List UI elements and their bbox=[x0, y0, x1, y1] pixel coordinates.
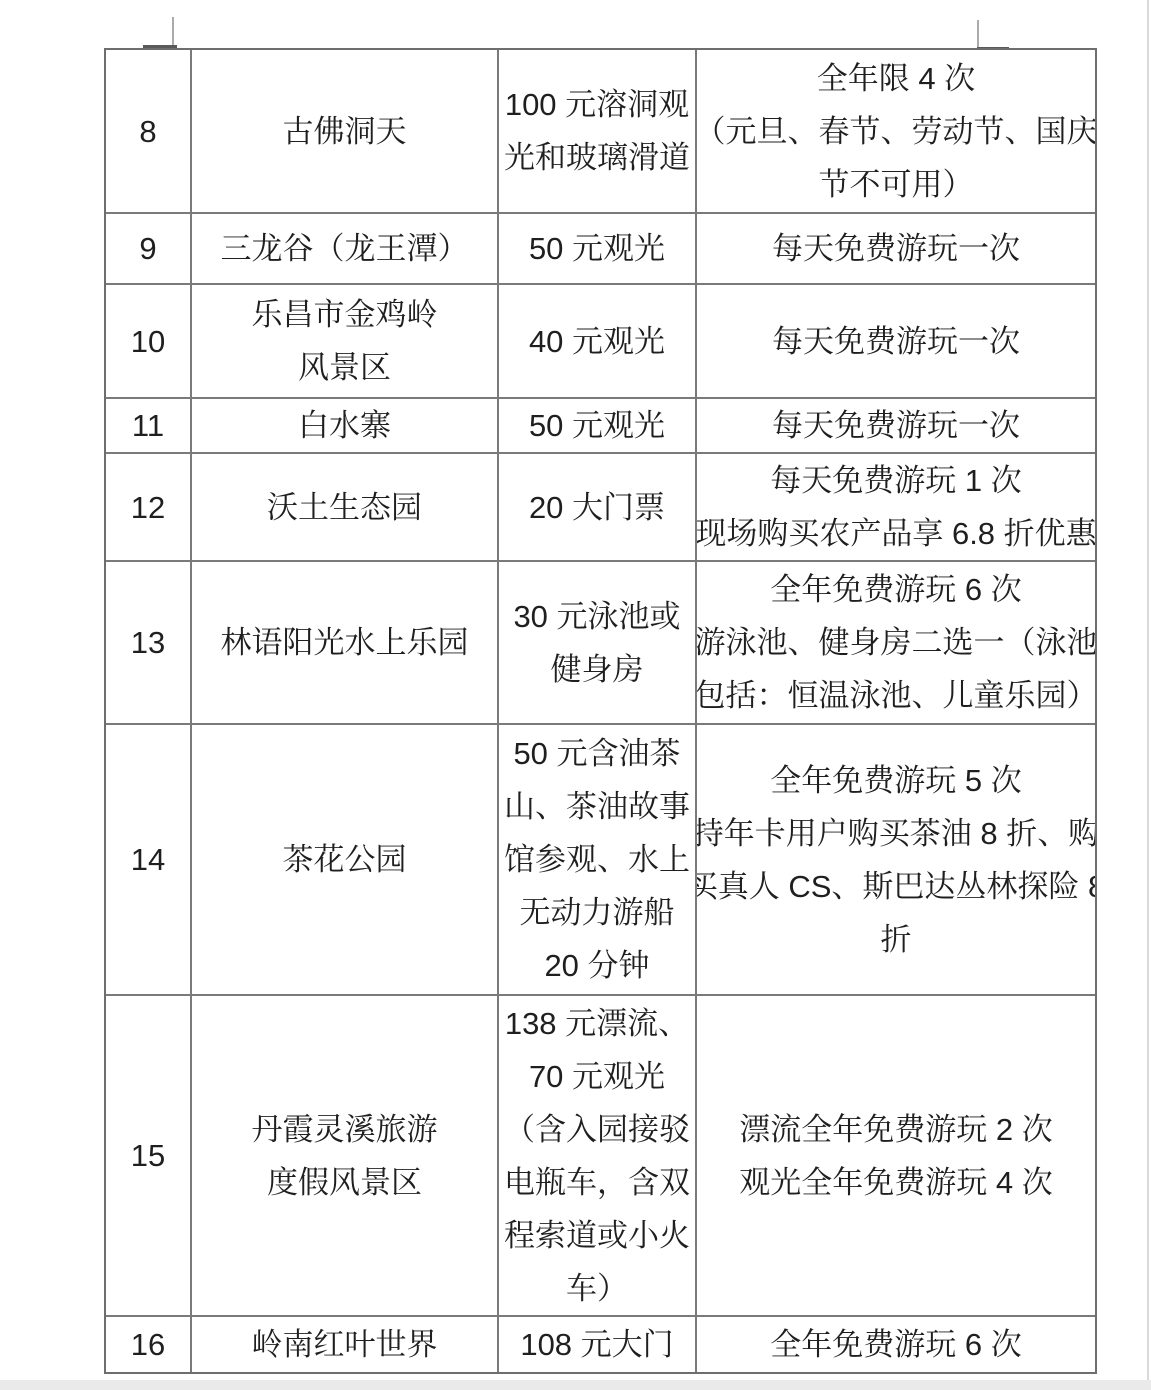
table-row: 12 沃土生态园 20 大门票 每天免费游玩 1 次 现场购买农产品享 6.8 … bbox=[106, 454, 1095, 562]
benefit-cell: 漂流全年免费游玩 2 次 观光全年免费游玩 4 次 bbox=[697, 996, 1095, 1315]
ticket-price-cell: 50 元观光 bbox=[499, 214, 697, 283]
row-number-cell: 14 bbox=[106, 725, 192, 994]
row-number-cell: 15 bbox=[106, 996, 192, 1315]
benefit-cell: 每天免费游玩 1 次 现场购买农产品享 6.8 折优惠 bbox=[697, 454, 1095, 560]
benefit-cell: 全年免费游玩 5 次 持年卡用户购买茶油 8 折、购 买真人 CS、斯巴达丛林探… bbox=[697, 725, 1095, 994]
attraction-name-cell: 古佛洞天 bbox=[192, 50, 499, 212]
row-number-cell: 16 bbox=[106, 1317, 192, 1372]
attraction-name-cell: 白水寨 bbox=[192, 399, 499, 452]
row-number-cell: 8 bbox=[106, 50, 192, 212]
table-row: 14 茶花公园 50 元含油茶 山、茶油故事 馆参观、水上 无动力游船 20 分… bbox=[106, 725, 1095, 996]
row-number-cell: 11 bbox=[106, 399, 192, 452]
row-number-cell: 13 bbox=[106, 562, 192, 723]
attraction-name-cell: 丹霞灵溪旅游 度假风景区 bbox=[192, 996, 499, 1315]
ticket-price-cell: 40 元观光 bbox=[499, 285, 697, 397]
table-row: 8 古佛洞天 100 元溶洞观 光和玻璃滑道 全年限 4 次 （元旦、春节、劳动… bbox=[106, 50, 1095, 214]
benefit-cell: 全年免费游玩 6 次 bbox=[697, 1317, 1095, 1372]
ticket-price-cell: 138 元漂流、 70 元观光 （含入园接驳 电瓶车，含双 程索道或小火 车） bbox=[499, 996, 697, 1315]
attraction-name-cell: 林语阳光水上乐园 bbox=[192, 562, 499, 723]
ticket-price-cell: 100 元溶洞观 光和玻璃滑道 bbox=[499, 50, 697, 212]
benefit-cell: 每天免费游玩一次 bbox=[697, 214, 1095, 283]
attraction-name-cell: 沃土生态园 bbox=[192, 454, 499, 560]
ticket-price-cell: 50 元观光 bbox=[499, 399, 697, 452]
attraction-name-cell: 茶花公园 bbox=[192, 725, 499, 994]
row-number-cell: 12 bbox=[106, 454, 192, 560]
attraction-name-cell: 乐昌市金鸡岭 风景区 bbox=[192, 285, 499, 397]
cropped-row-border-fragment-right-vertical bbox=[977, 20, 979, 48]
table-row: 15 丹霞灵溪旅游 度假风景区 138 元漂流、 70 元观光 （含入园接驳 电… bbox=[106, 996, 1095, 1317]
benefit-cell: 全年限 4 次 （元旦、春节、劳动节、国庆 节不可用） bbox=[697, 50, 1095, 212]
table-row: 9 三龙谷（龙王潭） 50 元观光 每天免费游玩一次 bbox=[106, 214, 1095, 285]
benefits-table: 8 古佛洞天 100 元溶洞观 光和玻璃滑道 全年限 4 次 （元旦、春节、劳动… bbox=[104, 48, 1097, 1374]
ticket-price-cell: 108 元大门 bbox=[499, 1317, 697, 1372]
screenshot-page: 8 古佛洞天 100 元溶洞观 光和玻璃滑道 全年限 4 次 （元旦、春节、劳动… bbox=[0, 0, 1151, 1390]
benefit-cell: 全年免费游玩 6 次 游泳池、健身房二选一（泳池 包括：恒温泳池、儿童乐园） bbox=[697, 562, 1095, 723]
ticket-price-cell: 50 元含油茶 山、茶油故事 馆参观、水上 无动力游船 20 分钟 bbox=[499, 725, 697, 994]
cropped-row-border-fragment-left-vertical bbox=[172, 17, 174, 48]
row-number-cell: 10 bbox=[106, 285, 192, 397]
table-row: 13 林语阳光水上乐园 30 元泳池或 健身房 全年免费游玩 6 次 游泳池、健… bbox=[106, 562, 1095, 725]
benefit-cell: 每天免费游玩一次 bbox=[697, 399, 1095, 452]
ticket-price-cell: 30 元泳池或 健身房 bbox=[499, 562, 697, 723]
table-row: 16 岭南红叶世界 108 元大门 全年免费游玩 6 次 bbox=[106, 1317, 1095, 1372]
bottom-gray-strip bbox=[0, 1380, 1151, 1390]
row-number-cell: 9 bbox=[106, 214, 192, 283]
table-row: 11 白水寨 50 元观光 每天免费游玩一次 bbox=[106, 399, 1095, 454]
attraction-name-cell: 岭南红叶世界 bbox=[192, 1317, 499, 1372]
table-row: 10 乐昌市金鸡岭 风景区 40 元观光 每天免费游玩一次 bbox=[106, 285, 1095, 399]
ticket-price-cell: 20 大门票 bbox=[499, 454, 697, 560]
page-edge-line bbox=[1147, 0, 1149, 1390]
attraction-name-cell: 三龙谷（龙王潭） bbox=[192, 214, 499, 283]
benefit-cell: 每天免费游玩一次 bbox=[697, 285, 1095, 397]
